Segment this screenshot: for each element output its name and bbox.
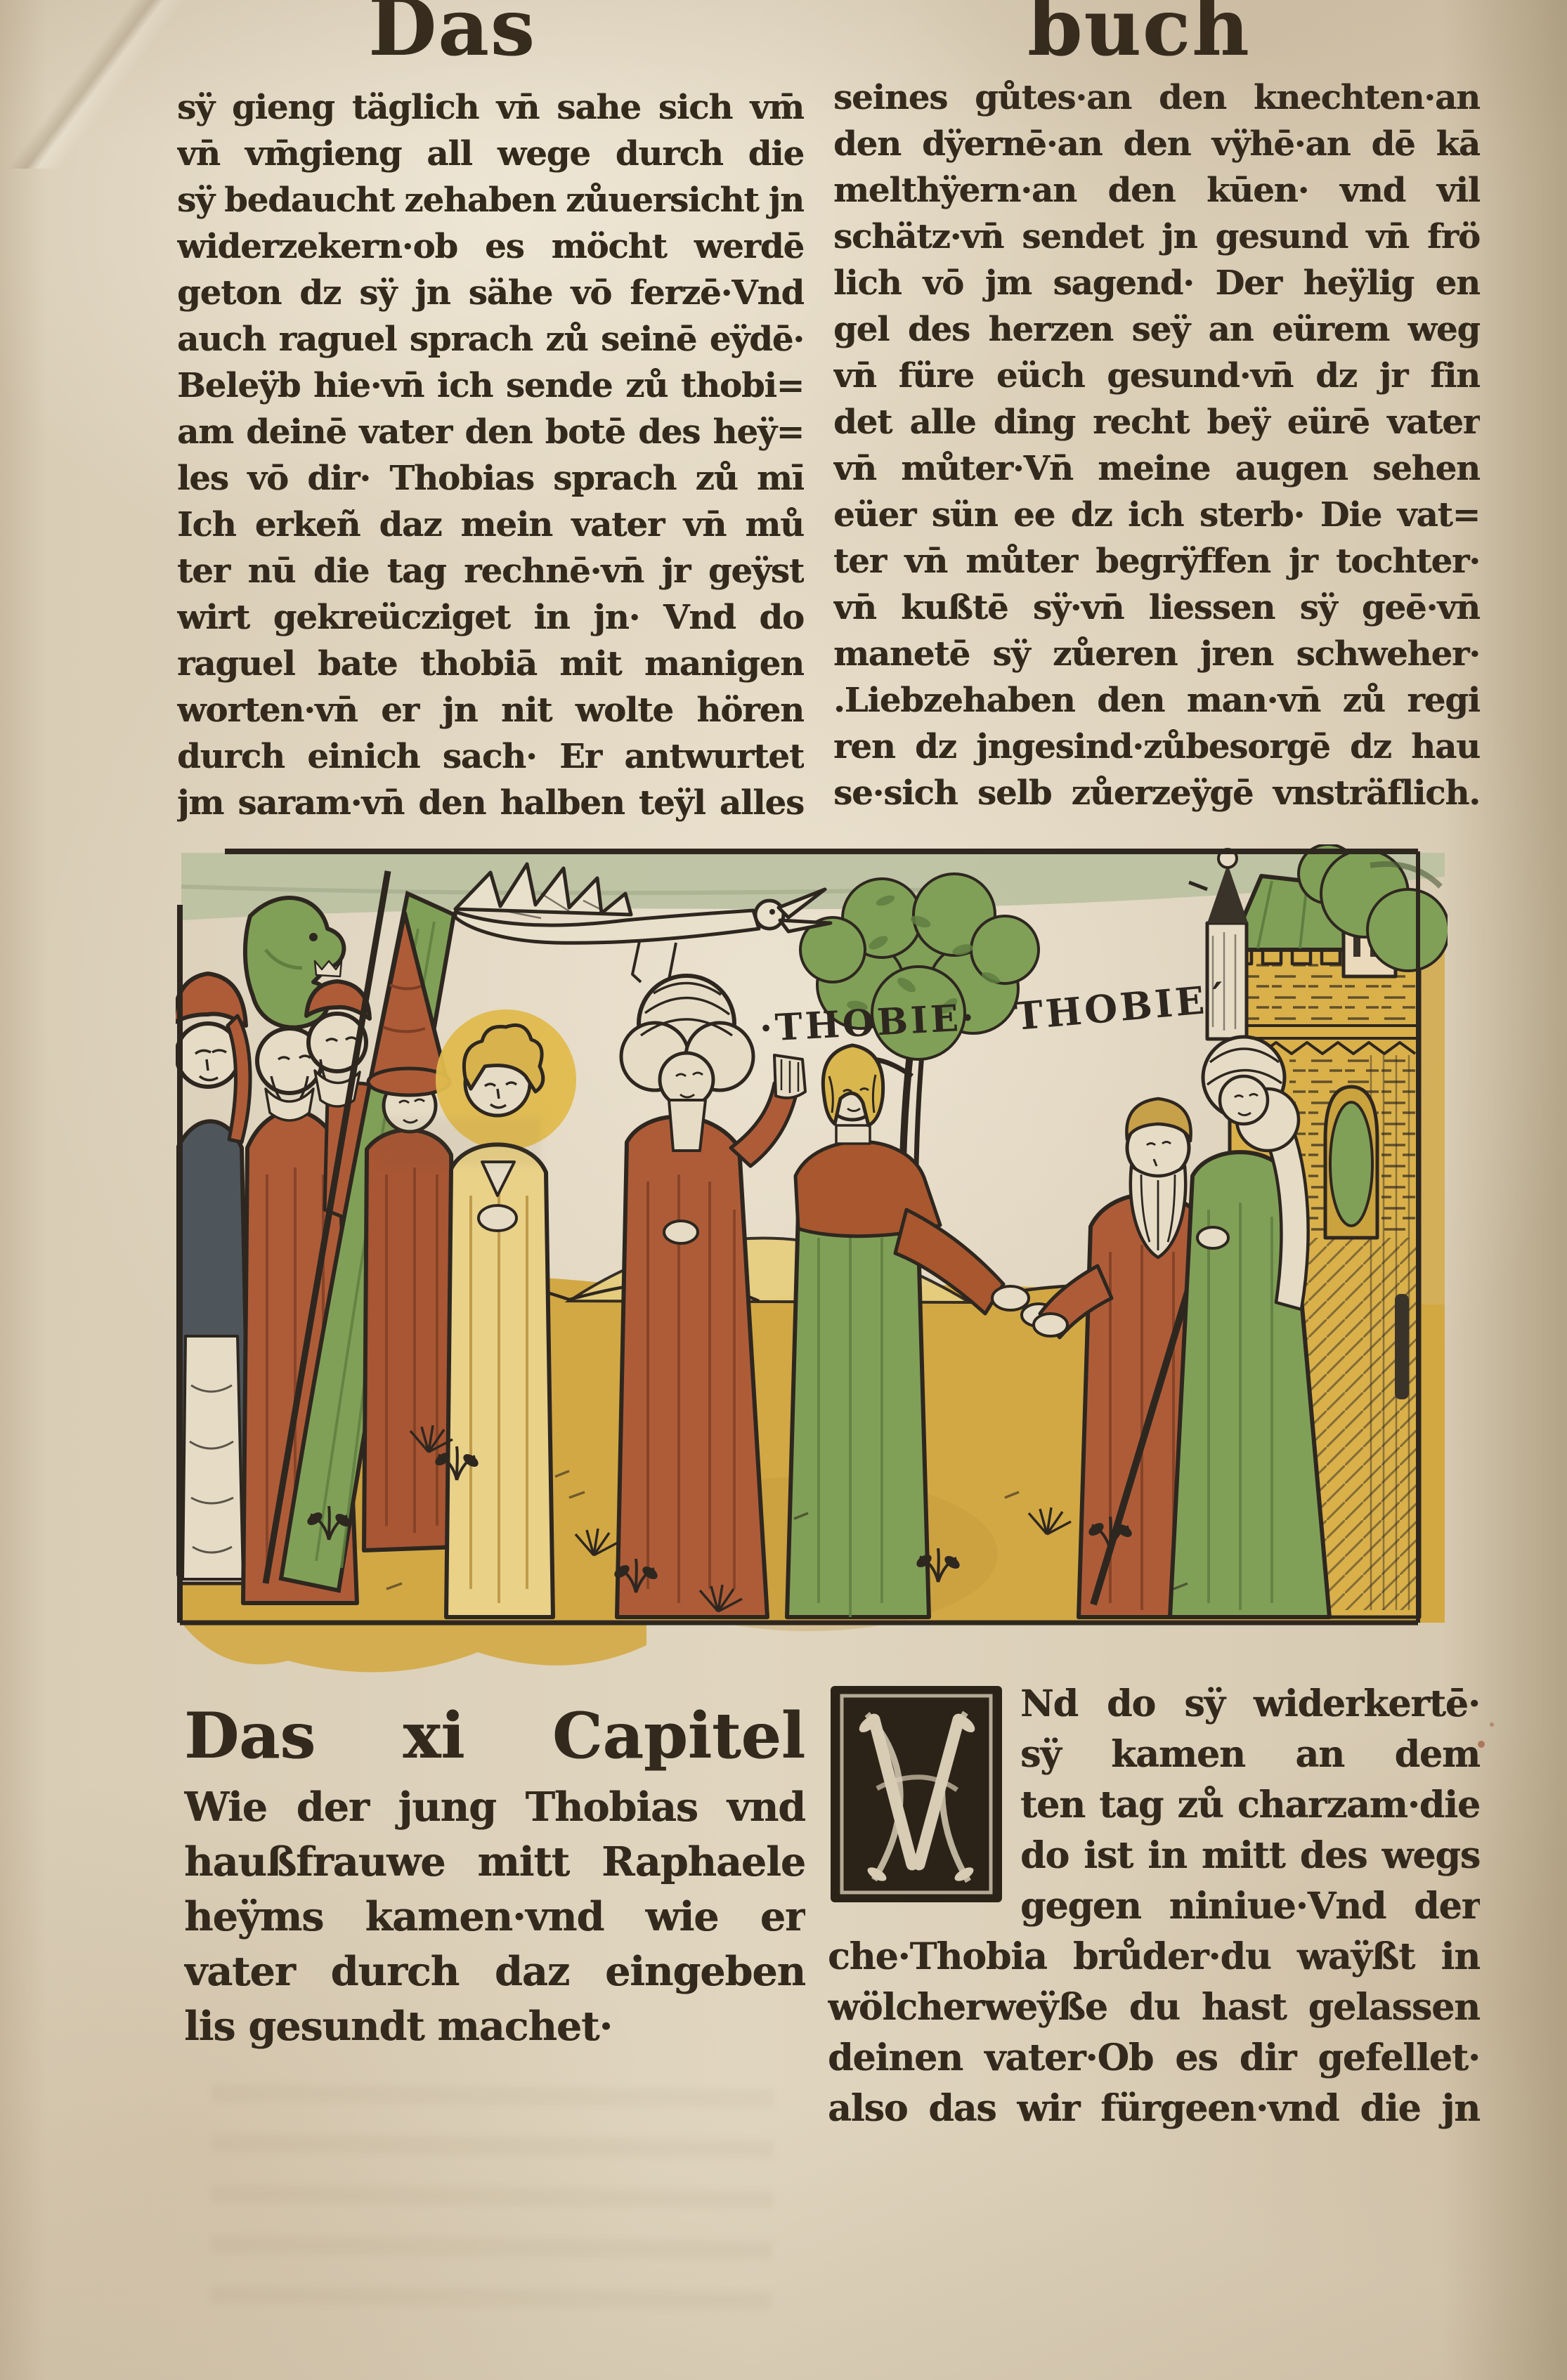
text-line: jm saram·vn̄ den halben teÿl alles [177, 780, 804, 826]
text-line: auch raguel sprach zů seinē eÿdē· [177, 316, 804, 362]
right-text-column: seines gůtes·an den knechten·an den dÿer… [833, 74, 1480, 816]
ink-speck [1490, 1722, 1494, 1727]
incunabula-page: Das buch sÿ gieng täglich vn̄ sahe sich … [0, 0, 1567, 2380]
initial-letter: V [885, 1739, 949, 1837]
passage-line: gegen niniue·Vnd der engel spra [1020, 1881, 1480, 1932]
text-line: den dÿernē·an den vÿhē·an dē kā [833, 121, 1480, 167]
text-line: lich vō jm sagend· Der heÿlig en [833, 260, 1480, 306]
chapter-heading-capitel: Capitel [552, 1697, 805, 1774]
woodcut-illustration: ·THOBIE· THOBIE´ [176, 844, 1448, 1694]
chapter-heading-number: xi [403, 1697, 465, 1774]
chapter-block: Das xi Capitel Wie der jung Thobias vnd … [184, 1697, 805, 2054]
decorated-initial: V [828, 1683, 1005, 1905]
chapter-heading: Das xi Capitel [184, 1697, 805, 1780]
label-thobie-right: THOBIE´ [1013, 976, 1231, 1039]
passage-line: ten tag zů charzam·die [1020, 1780, 1480, 1831]
passage-block: V Nd do sÿ widerkertē· sÿ kamen an dem e… [828, 1679, 1480, 2134]
text-line: melthÿern·an den kūen· vnd vil [833, 167, 1480, 214]
passage-line: also das wir fürgeen·vnd die jn [828, 2084, 1480, 2134]
left-text-column: sÿ gieng täglich vn̄ sahe sich vm̄ vn̄ v… [177, 84, 804, 826]
text-line: Ich erkeñ daz mein vater vn̄ mů [177, 502, 804, 548]
passage-line: Nd do sÿ widerkertē· [1020, 1679, 1480, 1730]
text-line: les vō dir· Thobias sprach zů mī [177, 455, 804, 502]
summary-line: lis gesundt machet· [184, 1999, 805, 2054]
text-line: se·sich selb zůerzeÿgē vnsträflich. [833, 770, 1480, 816]
text-line: widerzekern·ob es möcht werdē [177, 223, 804, 270]
passage-line: wölcherweÿße du hast gelassen [828, 1982, 1480, 2033]
text-line: wirt gekreücziget in jn· Vnd do [177, 594, 804, 641]
passage-line: sÿ kamen an dem eÿlff= [1020, 1730, 1480, 1780]
text-line: vn̄ můter·Vn̄ meine augen sehen [833, 445, 1480, 492]
text-line: .Liebzehaben den man·vn̄ zů regi [833, 677, 1480, 724]
text-line: worten·vn̄ er jn nit wolte hören [177, 687, 804, 733]
summary-line: Wie der jung Thobias vnd sein [184, 1780, 805, 1835]
text-line: vn̄ kußtē sÿ·vn̄ liessen sÿ geē·vn̄ [833, 584, 1480, 631]
text-line: gel des herzen seÿ an eürem weg [833, 306, 1480, 353]
text-line: det alle ding recht beÿ eürē vater [833, 399, 1480, 445]
running-header-left: Das [368, 0, 536, 74]
passage-line: do ist in mitt des wegs [1020, 1831, 1480, 1881]
text-line: ter nū die tag rechnē·vn̄ jr geÿst [177, 548, 804, 594]
text-line: raguel bate thobiā mit manigen [177, 641, 804, 687]
text-line: manetē sÿ zůeren jren schweher· [833, 631, 1480, 677]
figure-man-red-cap [176, 974, 253, 1583]
text-line: Beleÿb hie·vn̄ ich sende zů thobi= [177, 362, 804, 409]
passage-line: deinen vater·Ob es dir gefellet· [828, 2033, 1480, 2084]
text-line: eüer sün ee dz ich sterb· Die vat= [833, 492, 1480, 538]
running-header-right: buch [1027, 0, 1250, 74]
chapter-heading-das: Das [184, 1697, 316, 1774]
chapter-summary: Wie der jung Thobias vnd sein haußfrauwe… [184, 1780, 805, 2054]
show-through-text [209, 2084, 774, 2321]
summary-line: heÿms kamen·vnd wie er seinen [184, 1890, 805, 1944]
text-line: vn̄ vm̄gieng all wege durch die [177, 131, 804, 177]
summary-line: vater durch daz eingeben raphae [184, 1944, 805, 1999]
text-line: sÿ gieng täglich vn̄ sahe sich vm̄ [177, 84, 804, 131]
summary-line: haußfrauwe mitt Raphaele an/ [184, 1835, 805, 1890]
text-line: schätz·vn̄ sendet jn gesund vn̄ frö [833, 214, 1480, 260]
text-line: seines gůtes·an den knechten·an [833, 74, 1480, 121]
text-line: ren dz jngesind·zůbesorgē dz hau [833, 724, 1480, 770]
text-line: ter vn̄ můter begrÿffen jr tochter· [833, 538, 1480, 584]
text-line: sÿ bedaucht zehaben zůuersicht jn [177, 177, 804, 223]
text-line: geton dz sÿ jn sähe vō ferzē·Vnd [177, 270, 804, 316]
text-line: durch einich sach· Er antwurtet [177, 733, 804, 780]
gate-bush [1330, 1102, 1372, 1226]
text-line: vn̄ füre eüch gesund·vn̄ dz jr fin [833, 353, 1480, 399]
text-line: am deinē vater den botē des heÿ= [177, 409, 804, 455]
passage-line: che·Thobia brůder·du waÿßt in [828, 1932, 1480, 1982]
